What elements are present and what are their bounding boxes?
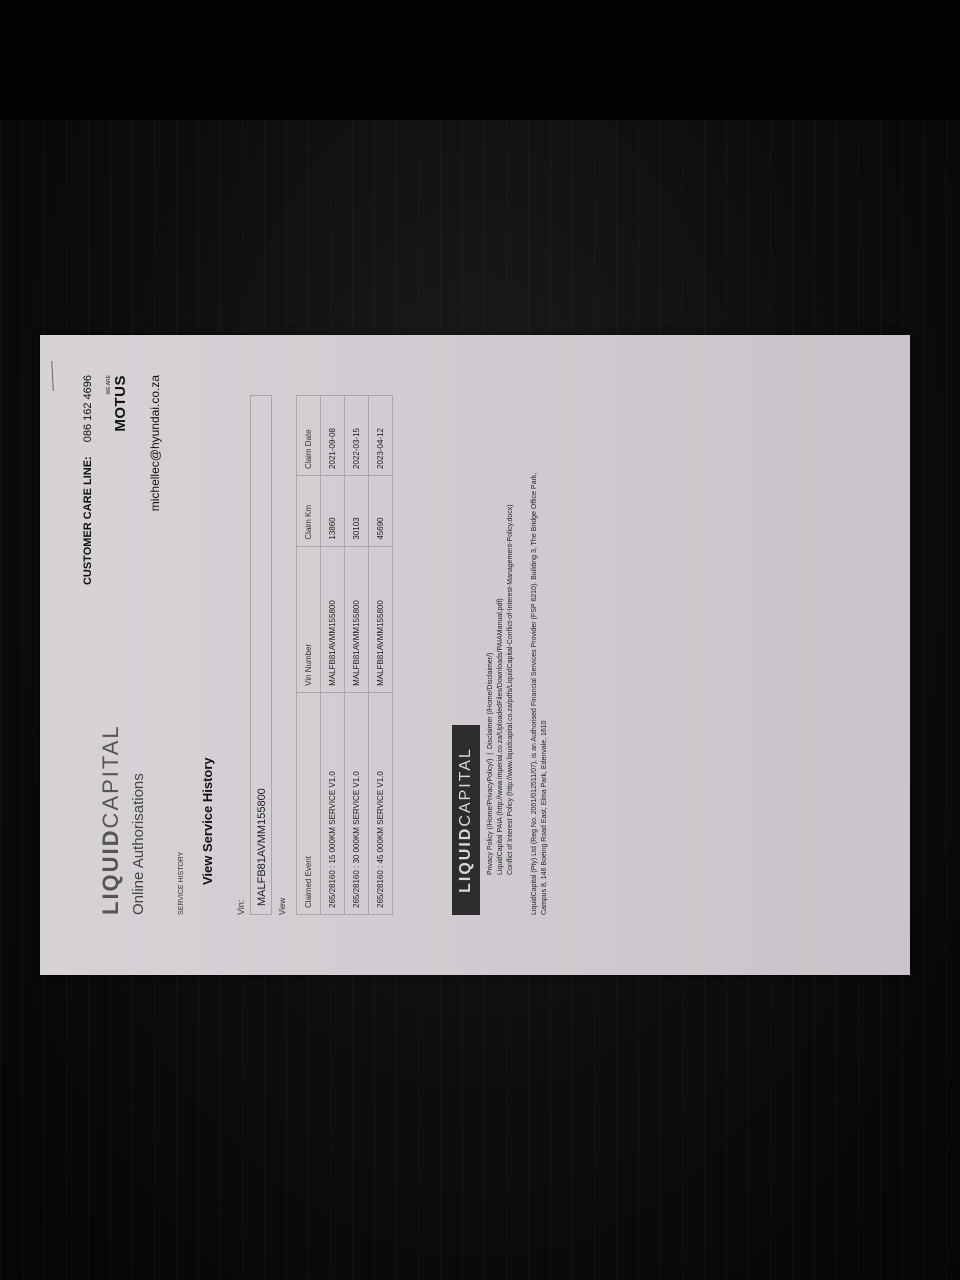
seat-background: [0, 0, 960, 120]
claimed-event: 265/28160 : 15 000KM SERVICE V1.0: [321, 692, 345, 914]
page-title: View Service History: [200, 757, 215, 885]
claim-km: 13860: [321, 475, 345, 546]
printed-page: LIQUIDCAPITAL Online Authorisations CUST…: [40, 335, 910, 975]
vin-number: MALFB81AVMM155800: [345, 546, 369, 692]
footer-links: Privacy Policy (/Home/PrivacyPolicy/) | …: [486, 504, 516, 875]
paia-link[interactable]: LiquidCapital PAIA (http://www.imperial.…: [496, 504, 506, 875]
column-claimed-event: Claimed Event: [297, 692, 321, 914]
table-row: 265/28160 : 45 000KM SERVICE V1.0 MALFB8…: [369, 396, 393, 915]
page-subtitle: Online Authorisations: [130, 773, 147, 915]
vin-label: Vin:: [236, 900, 246, 915]
customer-care-number: 086 162 4696: [82, 375, 94, 442]
claim-date: 2022-03-15: [345, 396, 369, 476]
table-row: 265/28160 : 30 000KM SERVICE V1.0 MALFB8…: [345, 396, 369, 915]
page-header: LIQUIDCAPITAL Online Authorisations CUST…: [58, 335, 168, 975]
legal-notice: LiquidCapital (Pty) Ltd (Reg No. 2001/01…: [530, 355, 550, 915]
motus-logo: WE ARE MOTUS: [106, 375, 130, 432]
column-vin-number: Vin Number: [297, 546, 321, 692]
disclaimer-link[interactable]: Disclaimer (/Home/Disclaimer/): [487, 653, 494, 749]
conflict-of-interest-link[interactable]: Conflict of Interest Policy (http://www.…: [506, 504, 516, 875]
privacy-policy-link[interactable]: Privacy Policy (/Home/PrivacyPolicy/): [487, 759, 494, 875]
vin-number: MALFB81AVMM155800: [369, 546, 393, 692]
section-label: SERVICE HISTORY: [178, 852, 185, 915]
vin-number: MALFB81AVMM155800: [321, 546, 345, 692]
column-claim-km: Claim Km: [297, 475, 321, 546]
table-header-row: Claimed Event Vin Number Claim Km Claim …: [297, 396, 321, 915]
user-email: michellec@hyundai.co.za: [148, 375, 162, 511]
footer-liquidcapital-logo: LIQUIDCAPITAL: [452, 725, 480, 915]
claim-km: 45690: [369, 475, 393, 546]
service-history-table: Claimed Event Vin Number Claim Km Claim …: [296, 395, 393, 915]
claim-km: 30103: [345, 475, 369, 546]
claimed-event: 265/28160 : 30 000KM SERVICE V1.0: [345, 692, 369, 914]
claim-date: 2021-09-08: [321, 396, 345, 476]
pen-mark: [51, 361, 54, 391]
document-photo: LIQUIDCAPITAL Online Authorisations CUST…: [40, 335, 910, 975]
vin-input[interactable]: MALFB81AVMM155800: [250, 395, 272, 915]
view-button[interactable]: View: [278, 898, 287, 915]
claim-date: 2023-04-12: [369, 396, 393, 476]
column-claim-date: Claim Date: [297, 396, 321, 476]
claimed-event: 265/28160 : 45 000KM SERVICE V1.0: [369, 692, 393, 914]
liquidcapital-logo: LIQUIDCAPITAL: [98, 724, 124, 915]
customer-care-line: CUSTOMER CARE LINE:086 162 4696: [82, 375, 94, 585]
table-row: 265/28160 : 15 000KM SERVICE V1.0 MALFB8…: [321, 396, 345, 915]
